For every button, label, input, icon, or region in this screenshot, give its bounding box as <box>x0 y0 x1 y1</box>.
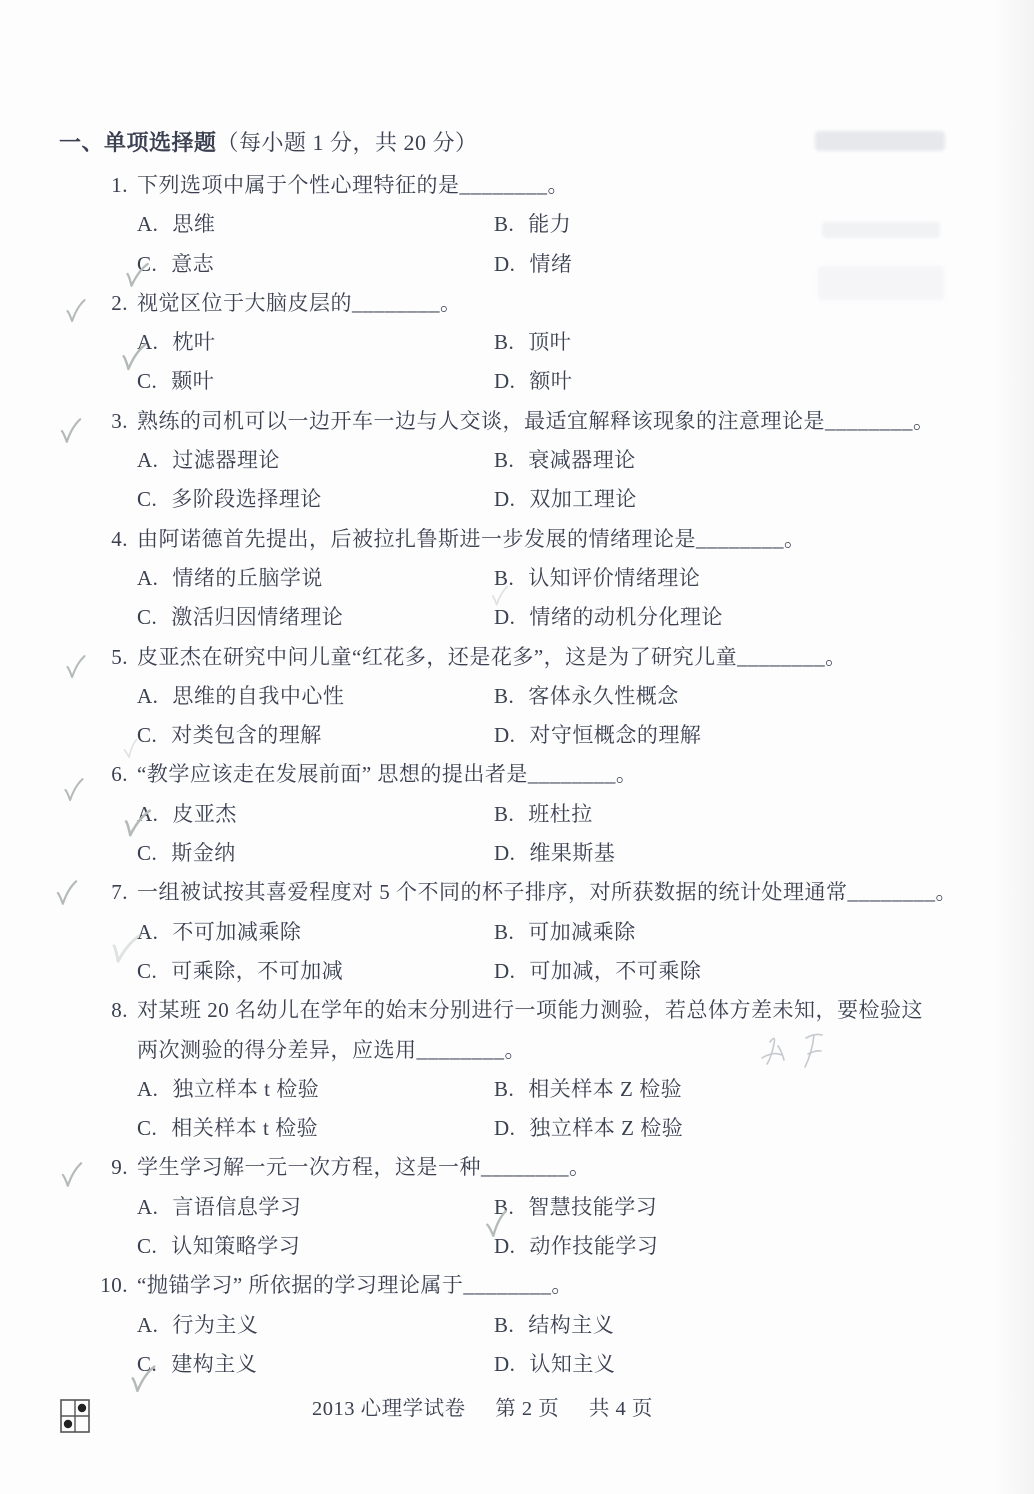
option-c-label: C. <box>137 1352 157 1376</box>
question-line-continued: 两次测验的得分差异，应选用________。 <box>0 1031 1034 1070</box>
option-d-text: 情绪的动机分化理论 <box>529 605 723 629</box>
option-d: D.可加减，不可乘除 <box>494 952 701 991</box>
option-b-text: 顶叶 <box>528 330 571 354</box>
option-d: D.双加工理论 <box>494 480 637 519</box>
option-d-label: D. <box>494 959 515 983</box>
option-b: B.能力 <box>494 205 571 244</box>
option-a-text: 不可加减乘除 <box>172 920 301 944</box>
option-c: C.意志 <box>137 245 214 284</box>
option-a-label: A. <box>137 684 158 708</box>
option-b: B.可加减乘除 <box>494 913 636 952</box>
question-line: 4. 由阿诺德首先提出，后被拉扎鲁斯进一步发展的情绪理论是________。 <box>0 520 1034 559</box>
question-line: 2. 视觉区位于大脑皮层的________。 <box>0 284 1034 323</box>
question-line: 8. 对某班 20 名幼儿在学年的始末分别进行一项能力测验，若总体方差未知，要检… <box>0 991 1034 1030</box>
option-d-label: D. <box>494 1116 515 1140</box>
question-text: 视觉区位于大脑皮层的________。 <box>137 284 462 323</box>
option-c-label: C. <box>137 723 157 747</box>
option-c-text: 多阶段选择理论 <box>171 487 322 511</box>
option-d-text: 双加工理论 <box>529 487 637 511</box>
option-a: A.行为主义 <box>137 1306 258 1345</box>
options-row-cd: C.可乘除，不可加减 D.可加减，不可乘除 <box>0 952 1034 991</box>
option-c-text: 颞叶 <box>171 369 214 393</box>
options-row-ab: A.皮亚杰 B.班杜拉 <box>0 795 1034 834</box>
question-text: 对某班 20 名幼儿在学年的始末分别进行一项能力测验，若总体方差未知，要检验这 <box>137 991 923 1030</box>
option-a: A.言语信息学习 <box>137 1188 301 1227</box>
question-number: 6. <box>94 755 128 794</box>
footer-doc-title: 2013 心理学试卷 <box>312 1398 466 1420</box>
option-d: D.动作技能学习 <box>494 1227 658 1266</box>
question-number: 2. <box>94 284 128 323</box>
option-b: B.衰减器理论 <box>494 441 636 480</box>
options-row-ab: A.言语信息学习 B.智慧技能学习 <box>0 1188 1034 1227</box>
option-d: D.情绪的动机分化理论 <box>494 598 723 637</box>
option-d: D.独立样本 Z 检验 <box>494 1109 683 1148</box>
section-title: 单项选择题 <box>104 130 217 155</box>
option-c-label: C. <box>137 369 157 393</box>
option-b: B.智慧技能学习 <box>494 1188 657 1227</box>
option-b-label: B. <box>494 1195 514 1219</box>
option-a: A.思维的自我中心性 <box>137 677 344 716</box>
question: 3. 熟练的司机可以一边开车一边与人交谈，最适宜解释该现象的注意理论是_____… <box>0 402 1034 520</box>
option-d-label: D. <box>494 723 515 747</box>
pencil-handwriting-icon <box>758 1030 848 1085</box>
option-a-text: 行为主义 <box>172 1313 258 1337</box>
question-number: 3. <box>94 402 128 441</box>
options-row-ab: A.过滤器理论 B.衰减器理论 <box>0 441 1034 480</box>
options-row-cd: C.颞叶 D.额叶 <box>0 362 1034 401</box>
option-d-label: D. <box>494 1234 515 1258</box>
option-d-text: 独立样本 Z 检验 <box>529 1116 683 1140</box>
option-a-label: A. <box>137 212 158 236</box>
option-d: D.认知主义 <box>494 1345 615 1384</box>
option-b-text: 能力 <box>528 212 571 236</box>
question-number: 10. <box>94 1266 128 1305</box>
option-b: B.客体永久性概念 <box>494 677 679 716</box>
option-b-label: B. <box>494 684 514 708</box>
option-a-label: A. <box>137 566 158 590</box>
option-b-text: 可加减乘除 <box>528 920 636 944</box>
question-text: “抛锚学习” 所依据的学习理论属于________。 <box>137 1266 573 1305</box>
question-text: 下列选项中属于个性心理特征的是________。 <box>137 166 569 205</box>
options-row-ab: A.思维 B.能力 <box>0 205 1034 244</box>
option-a-text: 过滤器理论 <box>172 448 280 472</box>
options-row-cd: C.斯金纳 D.维果斯基 <box>0 834 1034 873</box>
option-b-text: 认知评价情绪理论 <box>528 566 700 590</box>
option-b-label: B. <box>494 566 514 590</box>
option-d: D.额叶 <box>494 362 572 401</box>
question: 10. “抛锚学习” 所依据的学习理论属于________。 A.行为主义 B.… <box>0 1266 1034 1384</box>
option-b-label: B. <box>494 448 514 472</box>
option-b-label: B. <box>494 330 514 354</box>
option-c-text: 对类包含的理解 <box>171 723 322 747</box>
exam-page: 一、单项选择题（每小题 1 分，共 20 分） 1. 下列选项中属于个性心理特征… <box>0 0 1034 1494</box>
option-c-text: 建构主义 <box>171 1352 257 1376</box>
section-header: 一、单项选择题（每小题 1 分，共 20 分） <box>59 128 478 158</box>
question: 7. 一组被试按其喜爱程度对 5 个不同的杯子排序，对所获数据的统计处理通常__… <box>0 873 1034 991</box>
option-d: D.维果斯基 <box>494 834 615 873</box>
question-line: 3. 熟练的司机可以一边开车一边与人交谈，最适宜解释该现象的注意理论是_____… <box>0 402 1034 441</box>
options-row-ab: A.行为主义 B.结构主义 <box>0 1306 1034 1345</box>
option-c-label: C. <box>137 252 157 276</box>
options-row-ab: A.思维的自我中心性 B.客体永久性概念 <box>0 677 1034 716</box>
options-row-ab: A.情绪的丘脑学说 B.认知评价情绪理论 <box>0 559 1034 598</box>
question-line: 10. “抛锚学习” 所依据的学习理论属于________。 <box>0 1266 1034 1305</box>
option-a-text: 独立样本 t 检验 <box>172 1077 319 1101</box>
question: 1. 下列选项中属于个性心理特征的是________。 A.思维 B.能力 C.… <box>0 166 1034 284</box>
option-b-label: B. <box>494 920 514 944</box>
option-c: C.斯金纳 <box>137 834 236 873</box>
option-d-text: 对守恒概念的理解 <box>529 723 701 747</box>
option-a-label: A. <box>137 802 158 826</box>
option-b-label: B. <box>494 802 514 826</box>
option-d-label: D. <box>494 1352 515 1376</box>
question-line: 1. 下列选项中属于个性心理特征的是________。 <box>0 166 1034 205</box>
option-a: A.枕叶 <box>137 323 215 362</box>
options-row-cd: C.多阶段选择理论 D.双加工理论 <box>0 480 1034 519</box>
option-c: C.对类包含的理解 <box>137 716 322 755</box>
option-c-text: 相关样本 t 检验 <box>171 1116 318 1140</box>
option-c-text: 可乘除，不可加减 <box>171 959 343 983</box>
option-b: B.相关样本 Z 检验 <box>494 1070 682 1109</box>
options-row-cd: C.建构主义 D.认知主义 <box>0 1345 1034 1384</box>
options-row-cd: C.意志 D.情绪 <box>0 245 1034 284</box>
option-c-label: C. <box>137 487 157 511</box>
option-a-label: A. <box>137 330 158 354</box>
option-b-text: 结构主义 <box>528 1313 614 1337</box>
question-text: 一组被试按其喜爱程度对 5 个不同的杯子排序，对所获数据的统计处理通常_____… <box>137 873 957 912</box>
question-text: “教学应该走在发展前面” 思想的提出者是________。 <box>137 755 637 794</box>
question-line: 5. 皮亚杰在研究中问儿童“红花多，还是花多”，这是为了研究儿童________… <box>0 638 1034 677</box>
question-number: 1. <box>94 166 128 205</box>
option-d-text: 额叶 <box>529 369 572 393</box>
option-b-label: B. <box>494 1313 514 1337</box>
option-b: B.顶叶 <box>494 323 571 362</box>
option-d: D.情绪 <box>494 245 572 284</box>
question-number: 9. <box>94 1148 128 1187</box>
option-c: C.多阶段选择理论 <box>137 480 322 519</box>
question-number: 5. <box>94 638 128 677</box>
section-note: （每小题 1 分，共 20 分） <box>217 130 478 155</box>
option-c-text: 意志 <box>171 252 214 276</box>
option-c-label: C. <box>137 1116 157 1140</box>
question-text: 皮亚杰在研究中问儿童“红花多，还是花多”，这是为了研究儿童________。 <box>137 638 847 677</box>
option-c-label: C. <box>137 841 157 865</box>
option-a-text: 皮亚杰 <box>172 802 237 826</box>
option-c: C.颞叶 <box>137 362 214 401</box>
option-c-text: 激活归因情绪理论 <box>171 605 343 629</box>
option-d-label: D. <box>494 605 515 629</box>
question-text: 熟练的司机可以一边开车一边与人交谈，最适宜解释该现象的注意理论是________… <box>137 402 935 441</box>
option-d-text: 情绪 <box>529 252 572 276</box>
option-d-label: D. <box>494 252 515 276</box>
option-a: A.不可加减乘除 <box>137 913 301 952</box>
option-b-text: 客体永久性概念 <box>528 684 679 708</box>
options-row-cd: C.认知策略学习 D.动作技能学习 <box>0 1227 1034 1266</box>
option-a-text: 思维 <box>172 212 215 236</box>
question-line: 9. 学生学习解一元一次方程，这是一种________。 <box>0 1148 1034 1187</box>
question-number: 8. <box>94 991 128 1030</box>
question: 4. 由阿诺德首先提出，后被拉扎鲁斯进一步发展的情绪理论是________。 A… <box>0 520 1034 638</box>
question: 5. 皮亚杰在研究中问儿童“红花多，还是花多”，这是为了研究儿童________… <box>0 638 1034 756</box>
question-text: 学生学习解一元一次方程，这是一种________。 <box>137 1148 591 1187</box>
option-c-label: C. <box>137 959 157 983</box>
option-b-label: B. <box>494 1077 514 1101</box>
question-text: 由阿诺德首先提出，后被拉扎鲁斯进一步发展的情绪理论是________。 <box>137 520 806 559</box>
question-line: 6. “教学应该走在发展前面” 思想的提出者是________。 <box>0 755 1034 794</box>
option-a-text: 枕叶 <box>172 330 215 354</box>
option-c-text: 斯金纳 <box>171 841 236 865</box>
option-b-text: 相关样本 Z 检验 <box>528 1077 682 1101</box>
question: 2. 视觉区位于大脑皮层的________。 A.枕叶 B.顶叶 C.颞叶 D.… <box>0 284 1034 402</box>
option-d: D.对守恒概念的理解 <box>494 716 701 755</box>
page-footer: 2013 心理学试卷 第 2 页 共 4 页 <box>312 1396 653 1422</box>
option-b-text: 衰减器理论 <box>528 448 636 472</box>
option-a: A.过滤器理论 <box>137 441 280 480</box>
option-a-text: 言语信息学习 <box>172 1195 301 1219</box>
option-c-label: C. <box>137 1234 157 1258</box>
options-row-cd: C.对类包含的理解 D.对守恒概念的理解 <box>0 716 1034 755</box>
option-a-text: 思维的自我中心性 <box>172 684 344 708</box>
options-row-ab: A.独立样本 t 检验 B.相关样本 Z 检验 <box>0 1070 1034 1109</box>
option-b-text: 班杜拉 <box>528 802 593 826</box>
option-b: B.认知评价情绪理论 <box>494 559 700 598</box>
option-d-text: 可加减，不可乘除 <box>529 959 701 983</box>
section-prefix: 一、 <box>59 130 104 155</box>
option-b: B.结构主义 <box>494 1306 614 1345</box>
option-c-text: 认知策略学习 <box>171 1234 300 1258</box>
option-a: A.思维 <box>137 205 215 244</box>
footer-page-number: 第 2 页 <box>495 1398 559 1420</box>
question-text-continued: 两次测验的得分差异，应选用________。 <box>137 1031 526 1070</box>
option-a-label: A. <box>137 1195 158 1219</box>
option-a: A.独立样本 t 检验 <box>137 1070 319 1109</box>
option-a: A.情绪的丘脑学说 <box>137 559 323 598</box>
option-b: B.班杜拉 <box>494 795 593 834</box>
option-d-label: D. <box>494 841 515 865</box>
option-a-label: A. <box>137 920 158 944</box>
option-b-text: 智慧技能学习 <box>528 1195 657 1219</box>
option-a-label: A. <box>137 1077 158 1101</box>
question: 9. 学生学习解一元一次方程，这是一种________。 A.言语信息学习 B.… <box>0 1148 1034 1266</box>
option-d-text: 动作技能学习 <box>529 1234 658 1258</box>
option-c: C.认知策略学习 <box>137 1227 300 1266</box>
registration-mark-icon <box>60 1399 90 1433</box>
option-a-text: 情绪的丘脑学说 <box>172 566 323 590</box>
option-b-label: B. <box>494 212 514 236</box>
question: 6. “教学应该走在发展前面” 思想的提出者是________。 A.皮亚杰 B… <box>0 755 1034 873</box>
option-d-text: 维果斯基 <box>529 841 615 865</box>
question-line: 7. 一组被试按其喜爱程度对 5 个不同的杯子排序，对所获数据的统计处理通常__… <box>0 873 1034 912</box>
question-list: 1. 下列选项中属于个性心理特征的是________。 A.思维 B.能力 C.… <box>0 166 1034 1384</box>
question: 8. 对某班 20 名幼儿在学年的始末分别进行一项能力测验，若总体方差未知，要检… <box>0 991 1034 1148</box>
option-a-label: A. <box>137 448 158 472</box>
option-c: C.激活归因情绪理论 <box>137 598 343 637</box>
options-row-ab: A.不可加减乘除 B.可加减乘除 <box>0 913 1034 952</box>
bleed-through-ghost <box>815 131 945 151</box>
option-c: C.相关样本 t 检验 <box>137 1109 318 1148</box>
question-number: 7. <box>94 873 128 912</box>
option-d-label: D. <box>494 487 515 511</box>
option-a: A.皮亚杰 <box>137 795 237 834</box>
option-d-text: 认知主义 <box>529 1352 615 1376</box>
question-number: 4. <box>94 520 128 559</box>
option-a-label: A. <box>137 1313 158 1337</box>
option-c-label: C. <box>137 605 157 629</box>
options-row-cd: C.激活归因情绪理论 D.情绪的动机分化理论 <box>0 598 1034 637</box>
option-c: C.建构主义 <box>137 1345 257 1384</box>
option-d-label: D. <box>494 369 515 393</box>
options-row-cd: C.相关样本 t 检验 D.独立样本 Z 检验 <box>0 1109 1034 1148</box>
footer-page-total: 共 4 页 <box>589 1398 653 1420</box>
option-c: C.可乘除，不可加减 <box>137 952 343 991</box>
options-row-ab: A.枕叶 B.顶叶 <box>0 323 1034 362</box>
